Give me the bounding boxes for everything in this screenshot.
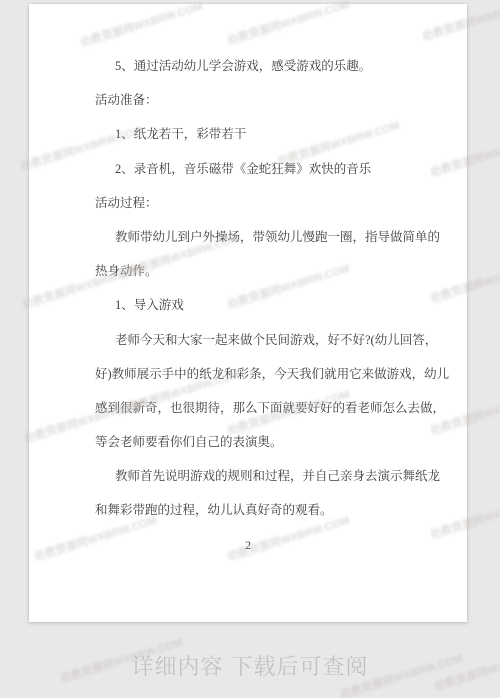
document-line: 教师带幼儿到户外操场，带领幼儿慢跑一圈，指导做简单的 bbox=[29, 220, 467, 254]
document-line: 教师首先说明游戏的规则和过程，并自己亲身去演示舞纸龙 bbox=[29, 459, 467, 493]
document-line: 老师今天和大家一起来做个民间游戏，好不好?(幼儿回答， bbox=[29, 323, 467, 357]
document-heading-preparation: 活动准备： bbox=[29, 83, 467, 117]
document-page: 5、通过活动幼儿学会游戏，感受游戏的乐趣。 活动准备： 1、纸龙若干，彩带若干 … bbox=[29, 4, 467, 622]
document-line: 好)教师展示手中的纸龙和彩条，今天我们就用它来做游戏，幼儿 bbox=[29, 357, 467, 391]
document-line: 5、通过活动幼儿学会游戏，感受游戏的乐趣。 bbox=[29, 49, 467, 83]
page-number: 2 bbox=[29, 528, 467, 562]
document-line: 和舞彩带跑的过程，幼儿认真好奇的观看。 bbox=[29, 493, 467, 527]
download-to-view-notice: 详细内容 下载后可查阅 bbox=[0, 650, 500, 684]
document-line: 1、纸龙若干，彩带若干 bbox=[29, 117, 467, 151]
document-line: 1、导入游戏 bbox=[29, 288, 467, 322]
document-preview-screen: { "doc": { "lines": [ "5、通过活动幼儿学会游戏，感受游戏… bbox=[0, 0, 500, 698]
document-line: 感到很新奇，也很期待，那么下面就要好好的看老师怎么去做， bbox=[29, 391, 467, 425]
document-body: 5、通过活动幼儿学会游戏，感受游戏的乐趣。 活动准备： 1、纸龙若干，彩带若干 … bbox=[29, 4, 467, 562]
document-heading-process: 活动过程： bbox=[29, 186, 467, 220]
document-line: 2、录音机，音乐磁带《金蛇狂舞》欢快的音乐 bbox=[29, 152, 467, 186]
document-line: 等会老师要看你们自己的表演奥。 bbox=[29, 425, 467, 459]
document-line: 热身动作。 bbox=[29, 254, 467, 288]
